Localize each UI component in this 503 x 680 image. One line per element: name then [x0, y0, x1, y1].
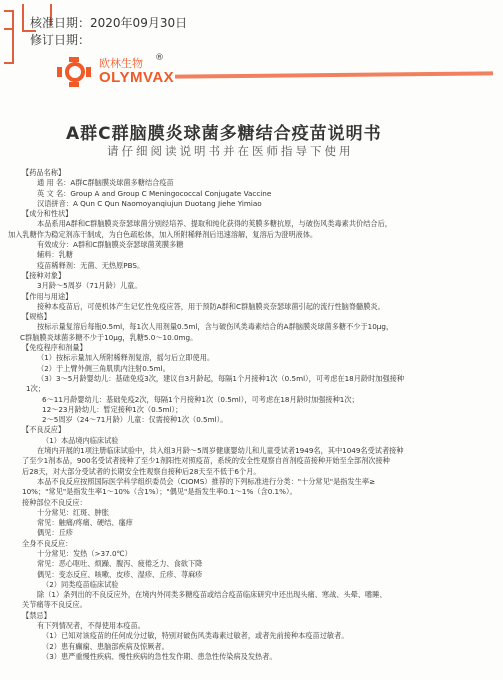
approval-date-row: 核准日期：2020年09月30日: [30, 15, 187, 32]
list-item: 6～11月龄婴幼儿：基础免疫2次，每隔1个月接种1次（0.5ml），可考虑在18…: [22, 395, 500, 405]
section-heading: 【作用与用途】: [22, 292, 500, 302]
paragraph-line: 在境内开展的1项注册临床试验中，共入组3月龄～5周岁健康婴幼儿和儿童受试者194…: [22, 446, 500, 456]
olymvax-logo-icon: [57, 57, 91, 87]
company-name-en: OLYMVAX: [99, 70, 174, 86]
paragraph-line: 本品不良反应按照国际医学科学组织委员会（CIOMS）推荐的下列标准进行分类："十…: [22, 477, 500, 487]
subsection-heading: （1）本品境内临床试验: [22, 436, 500, 446]
list-item: （1）按标示量加入所附稀释剂复溶，摇匀后立即使用。: [22, 353, 500, 363]
section-heading: 【不良反应】: [22, 425, 500, 435]
english-name: 英 文 名：Group A and Group C Meningococcal …: [22, 189, 500, 199]
paragraph-line: 除（1）条列出的不良反应外，在境内外同类多糖疫苗或结合疫苗临床研究中还出现头痛、…: [22, 590, 500, 600]
section-contraindications: 【禁忌】 有下列情况者，不得使用本疫苗。 （1）已知对该疫苗的任何成分过敏，特别…: [22, 611, 500, 662]
list-item: 偶见：丘疹: [22, 528, 500, 538]
section-target: 【接种对象】 3月龄～5周岁（71月龄）儿童。: [22, 271, 500, 292]
document-title: A群C群脑膜炎球菌多糖结合疫苗说明书: [66, 119, 382, 144]
section-spec: 【规格】 按标示量复溶后每瓶0.5ml，每1次人用剂量0.5ml，含与破伤风类毒…: [22, 312, 500, 343]
registered-mark: ®: [155, 53, 164, 63]
paragraph-line: 加入乳糖作为稳定剂冻干制成，为白色疏松体，加入所附稀释剂后迅速溶解，复溶后为澄明…: [8, 230, 500, 240]
section-drug-name: 【药品名称】 通 用 名：A群C群脑膜炎球菌多糖结合疫苗 英 文 名：Group…: [22, 168, 500, 209]
list-item: 十分常见：红斑、肿胀: [22, 508, 500, 518]
section-composition: 【成分和性状】 本品系用A群和C群脑膜炎奈瑟球菌分别经培养、提取和纯化获得的荚膜…: [22, 209, 500, 271]
systemic-reactions-heading: 全身不良反应：: [22, 539, 500, 549]
revision-date-row: 修订日期：: [30, 32, 187, 49]
section-heading: 【规格】: [22, 312, 500, 322]
section-heading: 【免疫程序和剂量】: [22, 343, 500, 353]
subsection-heading: （2）同类疫苗临床试验: [22, 580, 500, 590]
document-subtitle: 请仔细阅读说明书并在医师指导下使用: [107, 143, 354, 159]
section-usage: 【作用与用途】 接种本疫苗后，可使机体产生记忆性免疫应答，用于预防A群和C群脑膜…: [22, 292, 500, 313]
list-item: 十分常见：发热（>37.0℃）: [22, 549, 500, 559]
generic-name: 通 用 名：A群C群脑膜炎球菌多糖结合疫苗: [22, 178, 500, 188]
approval-date-label: 核准日期：: [30, 16, 90, 30]
list-item: 常见：恶心呕吐、烦躁、腹泻、疲倦乏力、食欲下降: [22, 559, 500, 569]
paragraph-line: 3月龄～5周岁（71月龄）儿童。: [22, 281, 500, 291]
local-reactions-heading: 接种部位不良反应：: [22, 498, 500, 508]
list-item: （1）已知对该疫苗的任何成分过敏，特别对破伤风类毒素过敏者，或者先前接种本疫苗过…: [22, 631, 500, 641]
paragraph-line: 有下列情况者，不得使用本疫苗。: [22, 621, 500, 631]
bracket-mark: [22, 4, 24, 32]
paragraph-line: 本品系用A群和C群脑膜炎奈瑟球菌分别经培养、提取和纯化获得的荚膜多糖抗原，与破伤…: [22, 219, 500, 229]
list-item: （3）3～5月龄婴幼儿：基础免疫3次，建议自3月龄起，每隔1个月接种1次（0.5…: [22, 374, 500, 384]
section-heading: 【接种对象】: [22, 271, 500, 281]
paragraph-line: C群脑膜炎球菌多糖不少于10μg，乳糖5.0～10.0mg。: [20, 333, 500, 343]
list-item: 2～5周岁（24～71月龄）儿童：仅需接种1次（0.5ml）。: [22, 415, 500, 425]
list-item: 12～23月龄幼儿：暂定接种1次（0.5ml）；: [22, 405, 500, 415]
section-schedule: 【免疫程序和剂量】 （1）按标示量加入所附稀释剂复溶，摇匀后立即使用。 （2）于…: [22, 343, 500, 425]
list-item: 偶见：变态反应、咳嗽、皮疹、湿疹、丘疹、荨麻疹: [22, 570, 500, 580]
approval-date: 2020年09月30日: [90, 16, 187, 30]
bracket-mark: [4, 28, 12, 30]
section-heading: 【成分和性状】: [22, 209, 500, 219]
list-item: 常见：触痛/疼痛、硬结、瘙痒: [22, 518, 500, 528]
diluent: 疫苗稀释剂：无菌、无热原PBS。: [22, 261, 500, 271]
header-divider: [175, 71, 493, 78]
document-body: 【药品名称】 通 用 名：A群C群脑膜炎球菌多糖结合疫苗 英 文 名：Group…: [22, 168, 500, 662]
paragraph-line: 接种本疫苗后，可使机体产生记忆性免疫应答，用于预防A群和C群脑膜炎奈瑟球菌引起的…: [22, 302, 500, 312]
excipient: 辅料：乳糖: [22, 250, 500, 260]
section-adverse-reactions: 【不良反应】 （1）本品境内临床试验 在境内开展的1项注册临床试验中，共入组3月…: [22, 425, 500, 610]
list-item: （2）患有癫痫、患脑部疾病及惊厥者。: [22, 642, 500, 652]
bracket-mark: [4, 10, 14, 64]
paragraph-line: 按标示量复溶后每瓶0.5ml，每1次人用剂量0.5ml，含与破伤风类毒素结合的A…: [22, 322, 500, 332]
list-item: （3）患严重慢性疾病、慢性疾病的急性发作期、患急性传染病及发热者。: [22, 652, 500, 662]
active-ingredient: 有效成分：A群和C群脑膜炎奈瑟球菌荚膜多糖: [22, 240, 500, 250]
paragraph-line: 关节痛等不良反应。: [22, 600, 500, 610]
list-item: （2）于上臂外侧三角肌肌内注射0.5ml。: [22, 364, 500, 374]
section-heading: 【禁忌】: [22, 611, 500, 621]
section-heading: 【药品名称】: [22, 168, 500, 178]
paragraph-line: 10%；"常见"是指发生率1～10%（含1%）；"偶见"是指发生率0.1～1%（…: [22, 487, 500, 497]
revision-date-label: 修订日期：: [30, 33, 90, 47]
header-dates: 核准日期：2020年09月30日 修订日期：: [30, 15, 187, 49]
paragraph-line: 后28天，对大部分受试者的长期安全性观察自接种后28天至不低于6个月。: [22, 467, 500, 477]
pinyin-name: 汉语拼音：A Qun C Qun Naomoyanqiujun Duotang …: [22, 199, 500, 209]
list-item-continuation: 1次；: [26, 384, 500, 394]
paragraph-line: 了至少1剂本品，900名受试者接种了至少1剂阳性对照疫苗，系统的安全性观察自首剂…: [22, 456, 500, 466]
